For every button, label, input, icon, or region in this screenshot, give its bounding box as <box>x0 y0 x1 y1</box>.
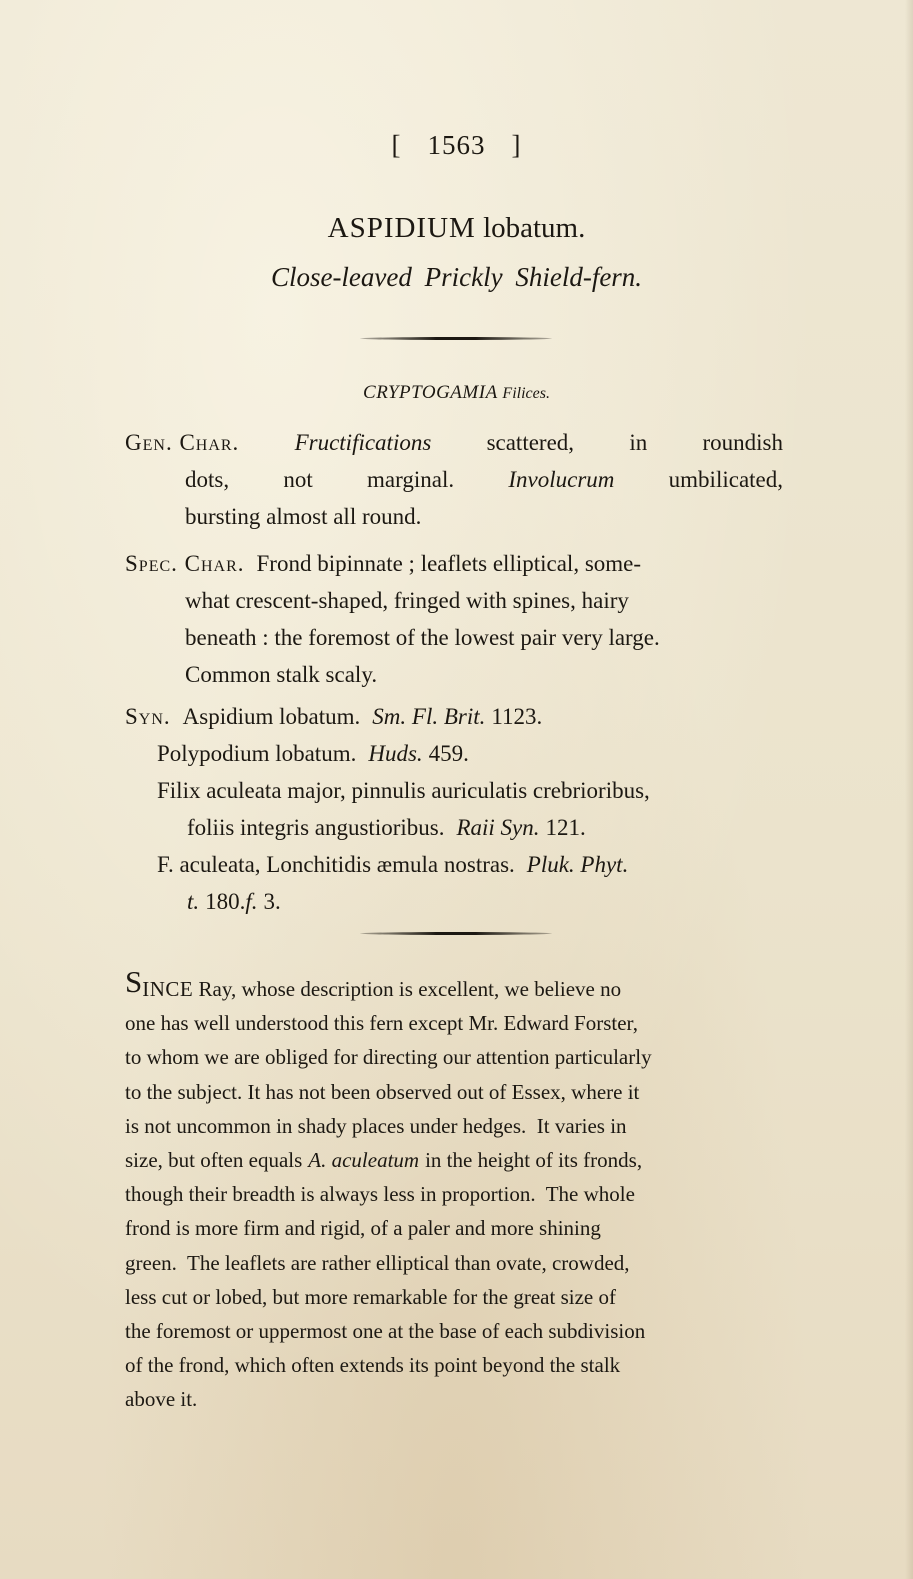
bracket-open: [ <box>392 130 402 161</box>
gen-char-line-3: bursting almost all round. <box>125 498 783 535</box>
page-number: [1563] <box>0 130 913 161</box>
gen-char-line-2: dots, not marginal. Involucrum umbilicat… <box>125 461 783 498</box>
spec-char-line-1: Spec. Char. Frond bipinnate ; leaflets e… <box>125 545 783 582</box>
classification: CRYPTOGAMIA Filices. <box>0 382 913 404</box>
body-line: frond is more firm and rigid, of a paler… <box>125 1211 789 1245</box>
body-line: green. The leaflets are rather elliptica… <box>125 1246 789 1280</box>
body-line: to the subject. It has not been observed… <box>125 1075 789 1109</box>
gen-char-line-1: Gen. Char. Fructifications scattered, in… <box>125 424 783 461</box>
ornamental-rule-top <box>360 337 552 340</box>
syn-label: Syn. <box>125 698 171 735</box>
body-line: one has well understood this fern except… <box>125 1006 789 1040</box>
body-line: the foremost or uppermost one at the bas… <box>125 1314 789 1348</box>
body-line: less cut or lobed, but more remarkable f… <box>125 1280 789 1314</box>
synonymy: Syn. Aspidium lobatum. Sm. Fl. Brit. 112… <box>125 698 783 920</box>
ornamental-rule-bottom <box>360 932 552 935</box>
synonym-entry: Filix aculeata major, pinnulis auriculat… <box>125 772 783 809</box>
synonym-entry-continued: t. 180. f. 3. <box>125 883 783 920</box>
synonym-entry-continued: foliis integris angustioribus. Raii Syn.… <box>125 809 783 846</box>
spec-char-label: Spec. Char. <box>125 545 245 582</box>
generic-character: Gen. Char. Fructifications scattered, in… <box>125 424 783 535</box>
species-title: ASPIDIUM lobatum. <box>0 212 913 245</box>
synonym-entry: Polypodium lobatum. Huds. 459. <box>125 735 783 772</box>
page-number-value: 1563 <box>428 130 486 160</box>
gen-char-label: Gen. Char. <box>125 424 239 461</box>
body-line: of the frond, which often extends its po… <box>125 1348 789 1382</box>
species-epithet: lobatum. <box>483 212 585 244</box>
body-line: though their breadth is always less in p… <box>125 1177 789 1211</box>
class-name: CRYPTOGAMIA <box>363 382 498 403</box>
body-line: to whom we are obliged for directing our… <box>125 1040 789 1074</box>
synonym-entry: Syn. Aspidium lobatum. Sm. Fl. Brit. 112… <box>125 698 783 735</box>
synonym-entry: F. aculeata, Lonchitidis æmula nostras. … <box>125 846 783 883</box>
body-line: is not uncommon in shady places under he… <box>125 1109 789 1143</box>
document-page: [1563] ASPIDIUM lobatum. Close-leaved Pr… <box>0 0 913 1579</box>
species-reference: A. aculeatum <box>308 1143 419 1177</box>
body-line: SINCE Ray, whose description is excellen… <box>125 972 789 1006</box>
body-line: above it. <box>125 1382 789 1416</box>
spec-char-line-3: beneath : the foremost of the lowest pai… <box>125 619 783 656</box>
spec-char-line-2: what crescent-shaped, fringed with spine… <box>125 582 783 619</box>
common-name: Close-leaved Prickly Shield-fern. <box>0 262 913 293</box>
body-line: size, but often equals A. aculeatum in t… <box>125 1143 789 1177</box>
spec-char-line-4: Common stalk scaly. <box>125 656 783 693</box>
specific-character: Spec. Char. Frond bipinnate ; leaflets e… <box>125 545 783 693</box>
bracket-close: ] <box>512 130 522 161</box>
drop-cap: S <box>125 972 142 1006</box>
description-paragraph: SINCE Ray, whose description is excellen… <box>125 972 789 1417</box>
order-name: Filices. <box>502 385 550 402</box>
genus-name: ASPIDIUM <box>328 212 476 244</box>
